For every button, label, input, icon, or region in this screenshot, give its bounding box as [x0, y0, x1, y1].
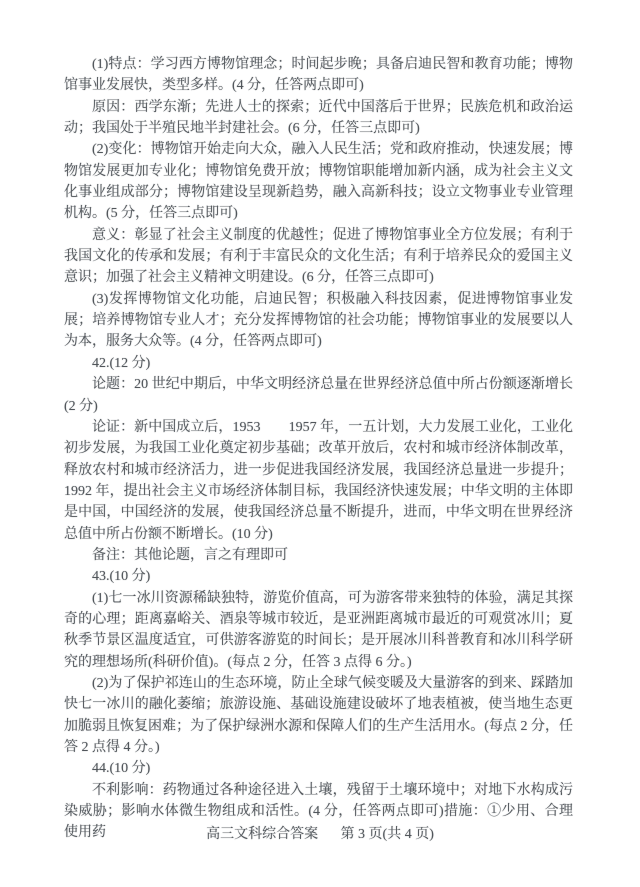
page-footer: 高三文科综合答案第 3 页(共 4 页) [0, 824, 640, 845]
question-43-heading: 43.(10 分) [64, 566, 573, 587]
answer-paragraph-41-1-reasons: 原因：西学东渐；先进人士的探索；近代中国落后于世界；民族危机和政治运动；我国处于… [64, 97, 573, 140]
answer-paragraph-42-note: 备注：其他论题，言之有理即可 [64, 545, 573, 566]
footer-doc-title: 高三文科综合答案 [206, 827, 318, 842]
answer-paragraph-41-2-changes: (2)变化：博物馆开始走向大众，融入人民生活；党和政府推动，快速发展；博物馆发展… [64, 139, 573, 224]
answer-paragraph-42-argument: 论证：新中国成立后，1953 1957 年，一五计划，大力发展工业化，工业化初步… [64, 417, 573, 545]
answer-paragraph-43-1: (1)七一冰川资源稀缺独特，游览价值高，可为游客带来独特的体验，满足其探奇的心理… [64, 588, 573, 673]
answer-paragraph-43-2: (2)为了保护祁连山的生态环境，防止全球气候变暖及大量游客的到来、踩踏加快七一冰… [64, 673, 573, 758]
footer-page-number: 第 3 页(共 4 页) [341, 827, 434, 842]
answer-paragraph-41-1-features: (1)特点：学习西方博物馆理念；时间起步晚；具备启迪民智和教育功能；博物馆事业发… [64, 54, 573, 97]
answer-paragraph-42-thesis: 论题：20 世纪中期后，中华文明经济总量在世界经济总值中所占份额逐渐增长(2 分… [64, 374, 573, 417]
question-44-heading: 44.(10 分) [64, 758, 573, 779]
answer-sheet-content: (1)特点：学习西方博物馆理念；时间起步晚；具备启迪民智和教育功能；博物馆事业发… [64, 54, 573, 844]
answer-paragraph-41-2-significance: 意义：彰显了社会主义制度的优越性；促进了博物馆事业全方位发展；有利于我国文化的传… [64, 225, 573, 289]
question-42-heading: 42.(12 分) [64, 353, 573, 374]
answer-paragraph-41-3: (3)发挥博物馆文化功能，启迪民智；积极融入科技因素，促进博物馆事业发展；培养博… [64, 289, 573, 353]
scanned-answer-sheet-page: (1)特点：学习西方博物馆理念；时间起步晚；具备启迪民智和教育功能；博物馆事业发… [0, 0, 640, 887]
